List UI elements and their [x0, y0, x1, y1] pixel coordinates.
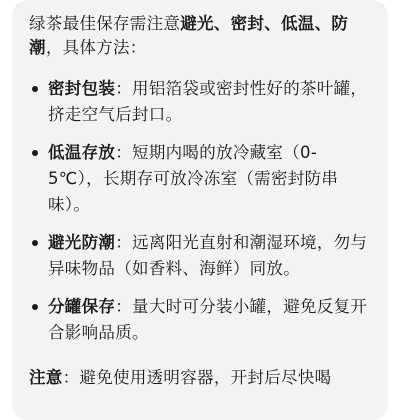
- tip-separator: ：: [115, 233, 132, 252]
- tip-term: 避光防潮: [48, 233, 115, 252]
- list-item: 避光防潮：远离阳光直射和潮湿环境，勿与异味物品（如香料、海鲜）同放。: [29, 230, 372, 282]
- list-item: 密封包装：用铝箔袋或密封性好的茶叶罐，挤走空气后封口。: [29, 76, 372, 128]
- tip-separator: ：: [115, 143, 132, 162]
- tip-separator: ：: [115, 79, 132, 98]
- tip-term: 低温存放: [48, 143, 115, 162]
- tip-term: 分罐保存: [48, 297, 115, 316]
- note-separator: ：: [63, 368, 80, 386]
- bullet-icon: [32, 240, 38, 246]
- note-paragraph: 注意：避免使用透明容器，开封后尽快喝: [29, 366, 372, 386]
- bullet-icon: [32, 150, 38, 156]
- intro-paragraph: 绿茶最佳保存需注意避光、密封、低温、防潮，具体方法：: [29, 12, 372, 60]
- tips-list: 密封包装：用铝箔袋或密封性好的茶叶罐，挤走空气后封口。 低温存放：短期内喝的放冷…: [29, 76, 372, 346]
- note-term: 注意: [29, 368, 63, 386]
- tip-term: 密封包装: [48, 79, 115, 98]
- assistant-message-bubble: 绿茶最佳保存需注意避光、密封、低温、防潮，具体方法： 密封包装：用铝箔袋或密封性…: [12, 0, 388, 386]
- bullet-icon: [32, 304, 38, 310]
- note-text: 避免使用透明容器，开封后尽快喝: [79, 368, 331, 386]
- tip-separator: ：: [115, 297, 132, 316]
- bullet-icon: [32, 86, 38, 92]
- list-item: 低温存放：短期内喝的放冷藏室（0-5℃），长期存可放冷冻室（需密封防串味）。: [29, 140, 372, 218]
- intro-prefix: 绿茶最佳保存需注意: [29, 14, 180, 33]
- intro-suffix: ，具体方法：: [46, 38, 147, 57]
- list-item: 分罐保存：量大时可分装小罐，避免反复开合影响品质。: [29, 294, 372, 346]
